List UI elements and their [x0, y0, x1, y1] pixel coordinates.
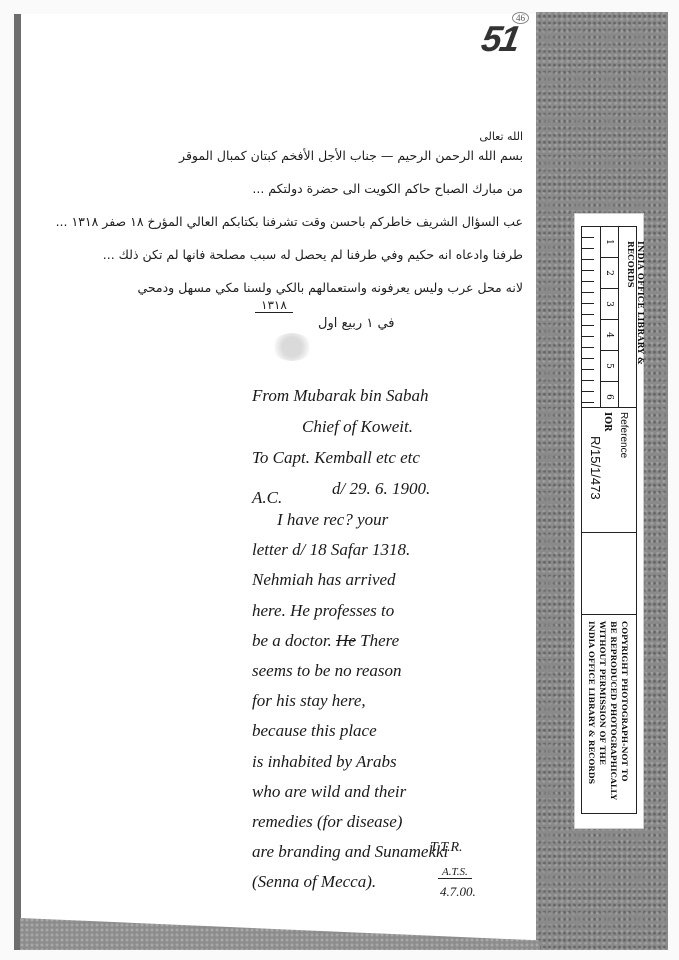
- ruler-cell: 5: [600, 351, 618, 382]
- body-line: seems to be no reason: [252, 656, 542, 686]
- ruler-cell: 1: [600, 227, 618, 258]
- library-reference-label: 1 2 3 4 5 6 INDIA OFFICE LIBRARY & RECOR…: [574, 213, 644, 829]
- library-title: INDIA OFFICE LIBRARY & RECORDS: [626, 241, 646, 407]
- body-line: letter d/ 18 Safar 1318.: [252, 535, 542, 565]
- copyright-notice: COPYRIGHT PHOTOGRAPH-NOT TO BE REPRODUCE…: [586, 621, 630, 800]
- body-line: remedies (for disease): [252, 807, 542, 837]
- body-line: for his stay here,: [252, 686, 542, 716]
- body-line: is inhabited by Arabs: [252, 747, 542, 777]
- seal-stamp: [272, 333, 312, 361]
- ior-label: IOR: [602, 412, 612, 432]
- folio-subnumber: 46: [512, 12, 529, 24]
- ruler-cell: 3: [600, 289, 618, 320]
- arabic-line: بسم الله الرحمن الرحيم — جناب الأجل الأف…: [18, 139, 523, 172]
- body-line: who are wild and their: [252, 777, 542, 807]
- blank-field: [581, 532, 637, 615]
- body-line: because this place: [252, 716, 542, 746]
- folio-number: 51: [478, 18, 521, 60]
- body-line: be a doctor. He There: [252, 626, 542, 656]
- arabic-date-line: في ١ ربيع اول: [318, 316, 395, 331]
- arabic-line: من مبارك الصباح حاكم الكويت الى حضرة دول…: [18, 172, 523, 205]
- body-line: are branding and Sunamekki: [252, 837, 542, 867]
- reference-box: Reference IOR R/15/1/473: [581, 406, 637, 533]
- secondary-initials: A.T.S.: [438, 866, 472, 879]
- to-line: To Capt. Kemball etc etc: [252, 442, 542, 473]
- arabic-year: ١٣١٨: [255, 298, 293, 313]
- body-line: here. He professes to: [252, 596, 542, 626]
- english-translation-body: I have rec? your letter d/ 18 Safar 1318…: [252, 505, 542, 897]
- struck-word: He: [336, 631, 356, 650]
- initials-date: 4.7.00.: [440, 884, 476, 900]
- body-line: Nehmiah has arrived: [252, 565, 542, 595]
- arabic-line: عب السؤال الشريف خاطركم باحسن وقت تشرفنا…: [18, 205, 523, 238]
- reference-label: Reference: [618, 412, 629, 458]
- copyright-box: COPYRIGHT PHOTOGRAPH-NOT TO BE REPRODUCE…: [581, 614, 637, 814]
- body-line: (Senna of Mecca).: [252, 867, 542, 897]
- ruler-numbers: 1 2 3 4 5 6: [600, 227, 619, 407]
- chief-line: Chief of Koweit.: [252, 411, 542, 442]
- scale-ruler: 1 2 3 4 5 6 INDIA OFFICE LIBRARY & RECOR…: [581, 226, 637, 408]
- ruler-cell: 2: [600, 258, 618, 289]
- arabic-line: طرفنا وادعاه انه حكيم وفي طرفنا لم يحصل …: [18, 238, 523, 271]
- from-line: From Mubarak bin Sabah: [252, 380, 542, 411]
- reference-number: R/15/1/473: [588, 436, 603, 500]
- ruler-ticks: [582, 227, 601, 407]
- arabic-letter: الله تعالى بسم الله الرحمن الرحيم — جناب…: [18, 120, 523, 304]
- body-line: I have rec? your: [252, 505, 542, 535]
- ruler-cell: 4: [600, 320, 618, 351]
- translator-initials: T.T.R.: [430, 840, 463, 856]
